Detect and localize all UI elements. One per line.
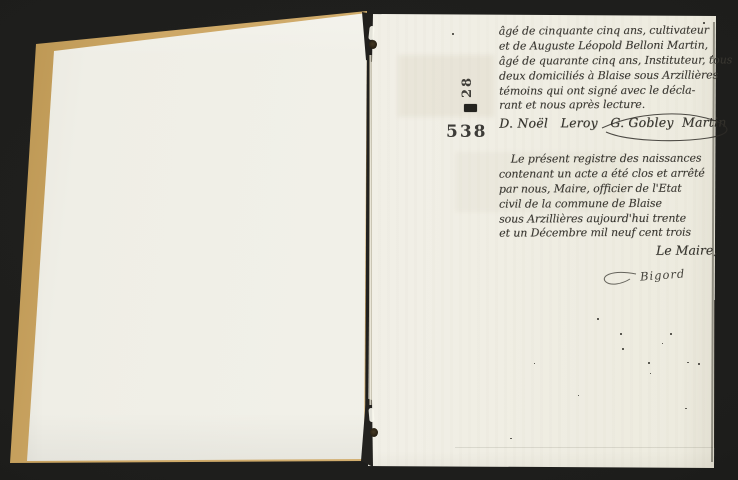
dust-speck (510, 438, 512, 439)
closing-line: contenant un acte a été clos et arrêté (499, 166, 725, 182)
dust-speck (703, 22, 705, 24)
mayor-title: Le Maire, (499, 243, 725, 259)
act-line: deux domiciliés à Blaise sous Arzillière… (499, 68, 725, 84)
dust-speck (597, 318, 599, 320)
act-line: témoins qui ont signé avec le décla- (499, 83, 725, 99)
dust-speck (685, 408, 687, 409)
closing-line: civil de la commune de Blaise (499, 196, 725, 212)
stitch-hole-bottom (370, 428, 378, 437)
act-line: et de Auguste Léopold Belloni Martin, (499, 38, 725, 54)
dust-speck (578, 395, 579, 396)
register-book-scan: 28 538 âgé de cinquante cinq ans, cultiv… (0, 0, 738, 480)
stitch-hole-top (369, 40, 377, 49)
act-line: rant et nous après lecture. (499, 98, 725, 114)
dust-speck (650, 373, 651, 374)
binding-gutter-line (369, 55, 372, 405)
dust-speck (670, 333, 672, 335)
dust-speck (687, 362, 689, 363)
dust-speck (534, 363, 535, 364)
closing-line: sous Arzillières aujourd'hui trente (499, 211, 725, 227)
dust-speck (712, 55, 713, 57)
dust-speck (452, 33, 454, 35)
stamp-page-number: 538 (446, 122, 490, 142)
closing-line: et un Décembre mil neuf cent trois (499, 226, 725, 242)
act-line: âgé de quarante cinq ans, Instituteur, t… (499, 53, 725, 69)
dust-speck (698, 363, 700, 365)
dust-speck (662, 343, 663, 344)
underlying-page-edge (455, 447, 713, 448)
witness-signatures: D. Noël Leroy G. Gobley Martin (499, 115, 725, 131)
ink-blot-mark (464, 104, 477, 112)
dust-speck (620, 333, 622, 335)
handwritten-act-entry: âgé de cinquante cinq ans, cultivateur e… (499, 23, 726, 131)
scan-scratch-line (714, 300, 715, 448)
dust-speck (648, 362, 650, 364)
closing-line: par nous, Maire, officier de l'Etat (499, 181, 725, 197)
act-line: âgé de cinquante cinq ans, cultivateur (499, 23, 725, 39)
leaf-number-vertical: 28 (460, 71, 482, 103)
closing-line: Le présent registre des naissances (499, 151, 725, 167)
handwritten-closing-statement: Le présent registre des naissances conte… (499, 151, 726, 259)
dust-speck (622, 348, 624, 350)
